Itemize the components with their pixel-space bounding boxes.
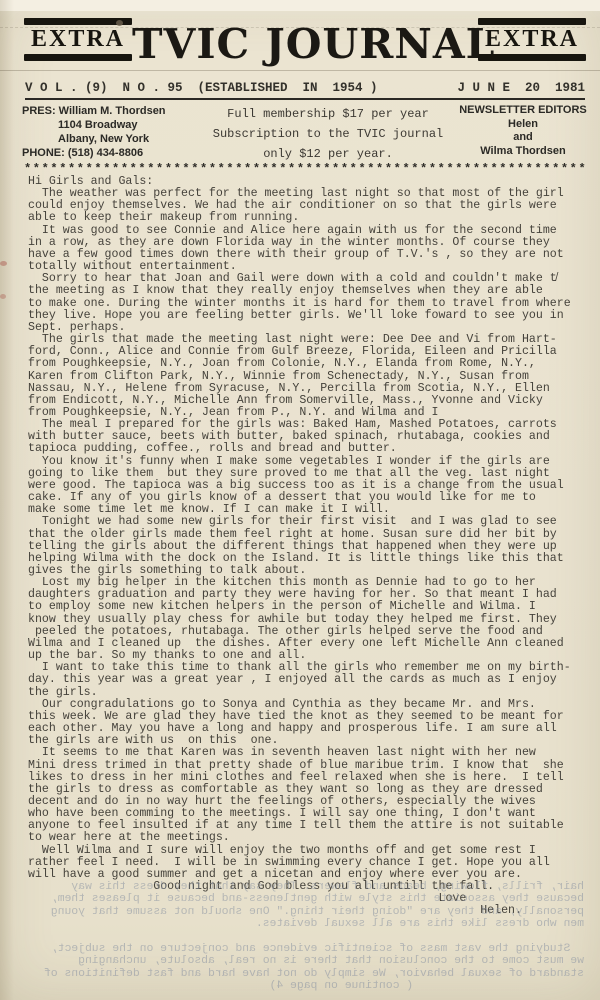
issue-date: J U N E 20 1981	[457, 81, 585, 95]
scan-edge-shadow	[0, 0, 14, 1000]
banner-bar-bottom-right	[478, 54, 586, 61]
letter-body: Hi Girls and Gals: The weather was perfe…	[28, 176, 571, 918]
masthead-rule	[0, 70, 600, 71]
ink-speck	[116, 20, 123, 26]
editor-name-2: Wilma Thordsen	[448, 145, 598, 159]
subscription-text: Subscription to the TVIC journal	[208, 124, 448, 144]
president-city: Albany, New York	[22, 132, 208, 146]
editor-name-1: Helen	[448, 118, 598, 132]
extra-banner-right: EXTRA	[478, 18, 586, 61]
scan-edge-strip	[0, 0, 600, 11]
masthead: EXTRA TVIC JOURNAL EXTRA	[0, 18, 600, 72]
volume-line: V O L . (9) N O . 95 (ESTABLISHED IN 195…	[25, 81, 585, 100]
extra-label-right: EXTRA	[478, 25, 586, 54]
extra-label-left: EXTRA	[24, 25, 132, 54]
membership-price: Full membership $17 per year	[208, 104, 448, 124]
president-block: PRES: William M. Thordsen 1104 Broadway …	[22, 104, 208, 164]
banner-bar-top-right	[478, 18, 586, 25]
editors-heading: NEWSLETTER EDITORS	[448, 104, 598, 118]
volume-number: V O L . (9) N O . 95 (ESTABLISHED IN 195…	[25, 81, 378, 95]
subscription-price: only $12 per year.	[208, 144, 448, 164]
president-phone: PHONE: (518) 434-8806	[22, 146, 208, 160]
president-name: PRES: William M. Thordsen	[22, 104, 208, 118]
asterisk-divider: ****************************************…	[24, 162, 588, 176]
newsletter-page: EXTRA TVIC JOURNAL EXTRA V O L . (9) N O…	[0, 0, 600, 1000]
president-street: 1104 Broadway	[22, 118, 208, 132]
info-block: PRES: William M. Thordsen 1104 Broadway …	[22, 104, 598, 164]
page-title: TVIC JOURNAL	[132, 18, 474, 70]
bleed-through-text: hair, frills, flowing, beads and flowers…	[0, 881, 600, 993]
ink-speck	[0, 294, 6, 299]
editors-conjunction: and	[448, 131, 598, 145]
banner-bar-bottom-left	[24, 54, 132, 61]
subscription-block: Full membership $17 per year Subscriptio…	[208, 104, 448, 164]
ink-speck	[0, 261, 7, 266]
editors-block: NEWSLETTER EDITORS Helen and Wilma Thord…	[448, 104, 598, 164]
